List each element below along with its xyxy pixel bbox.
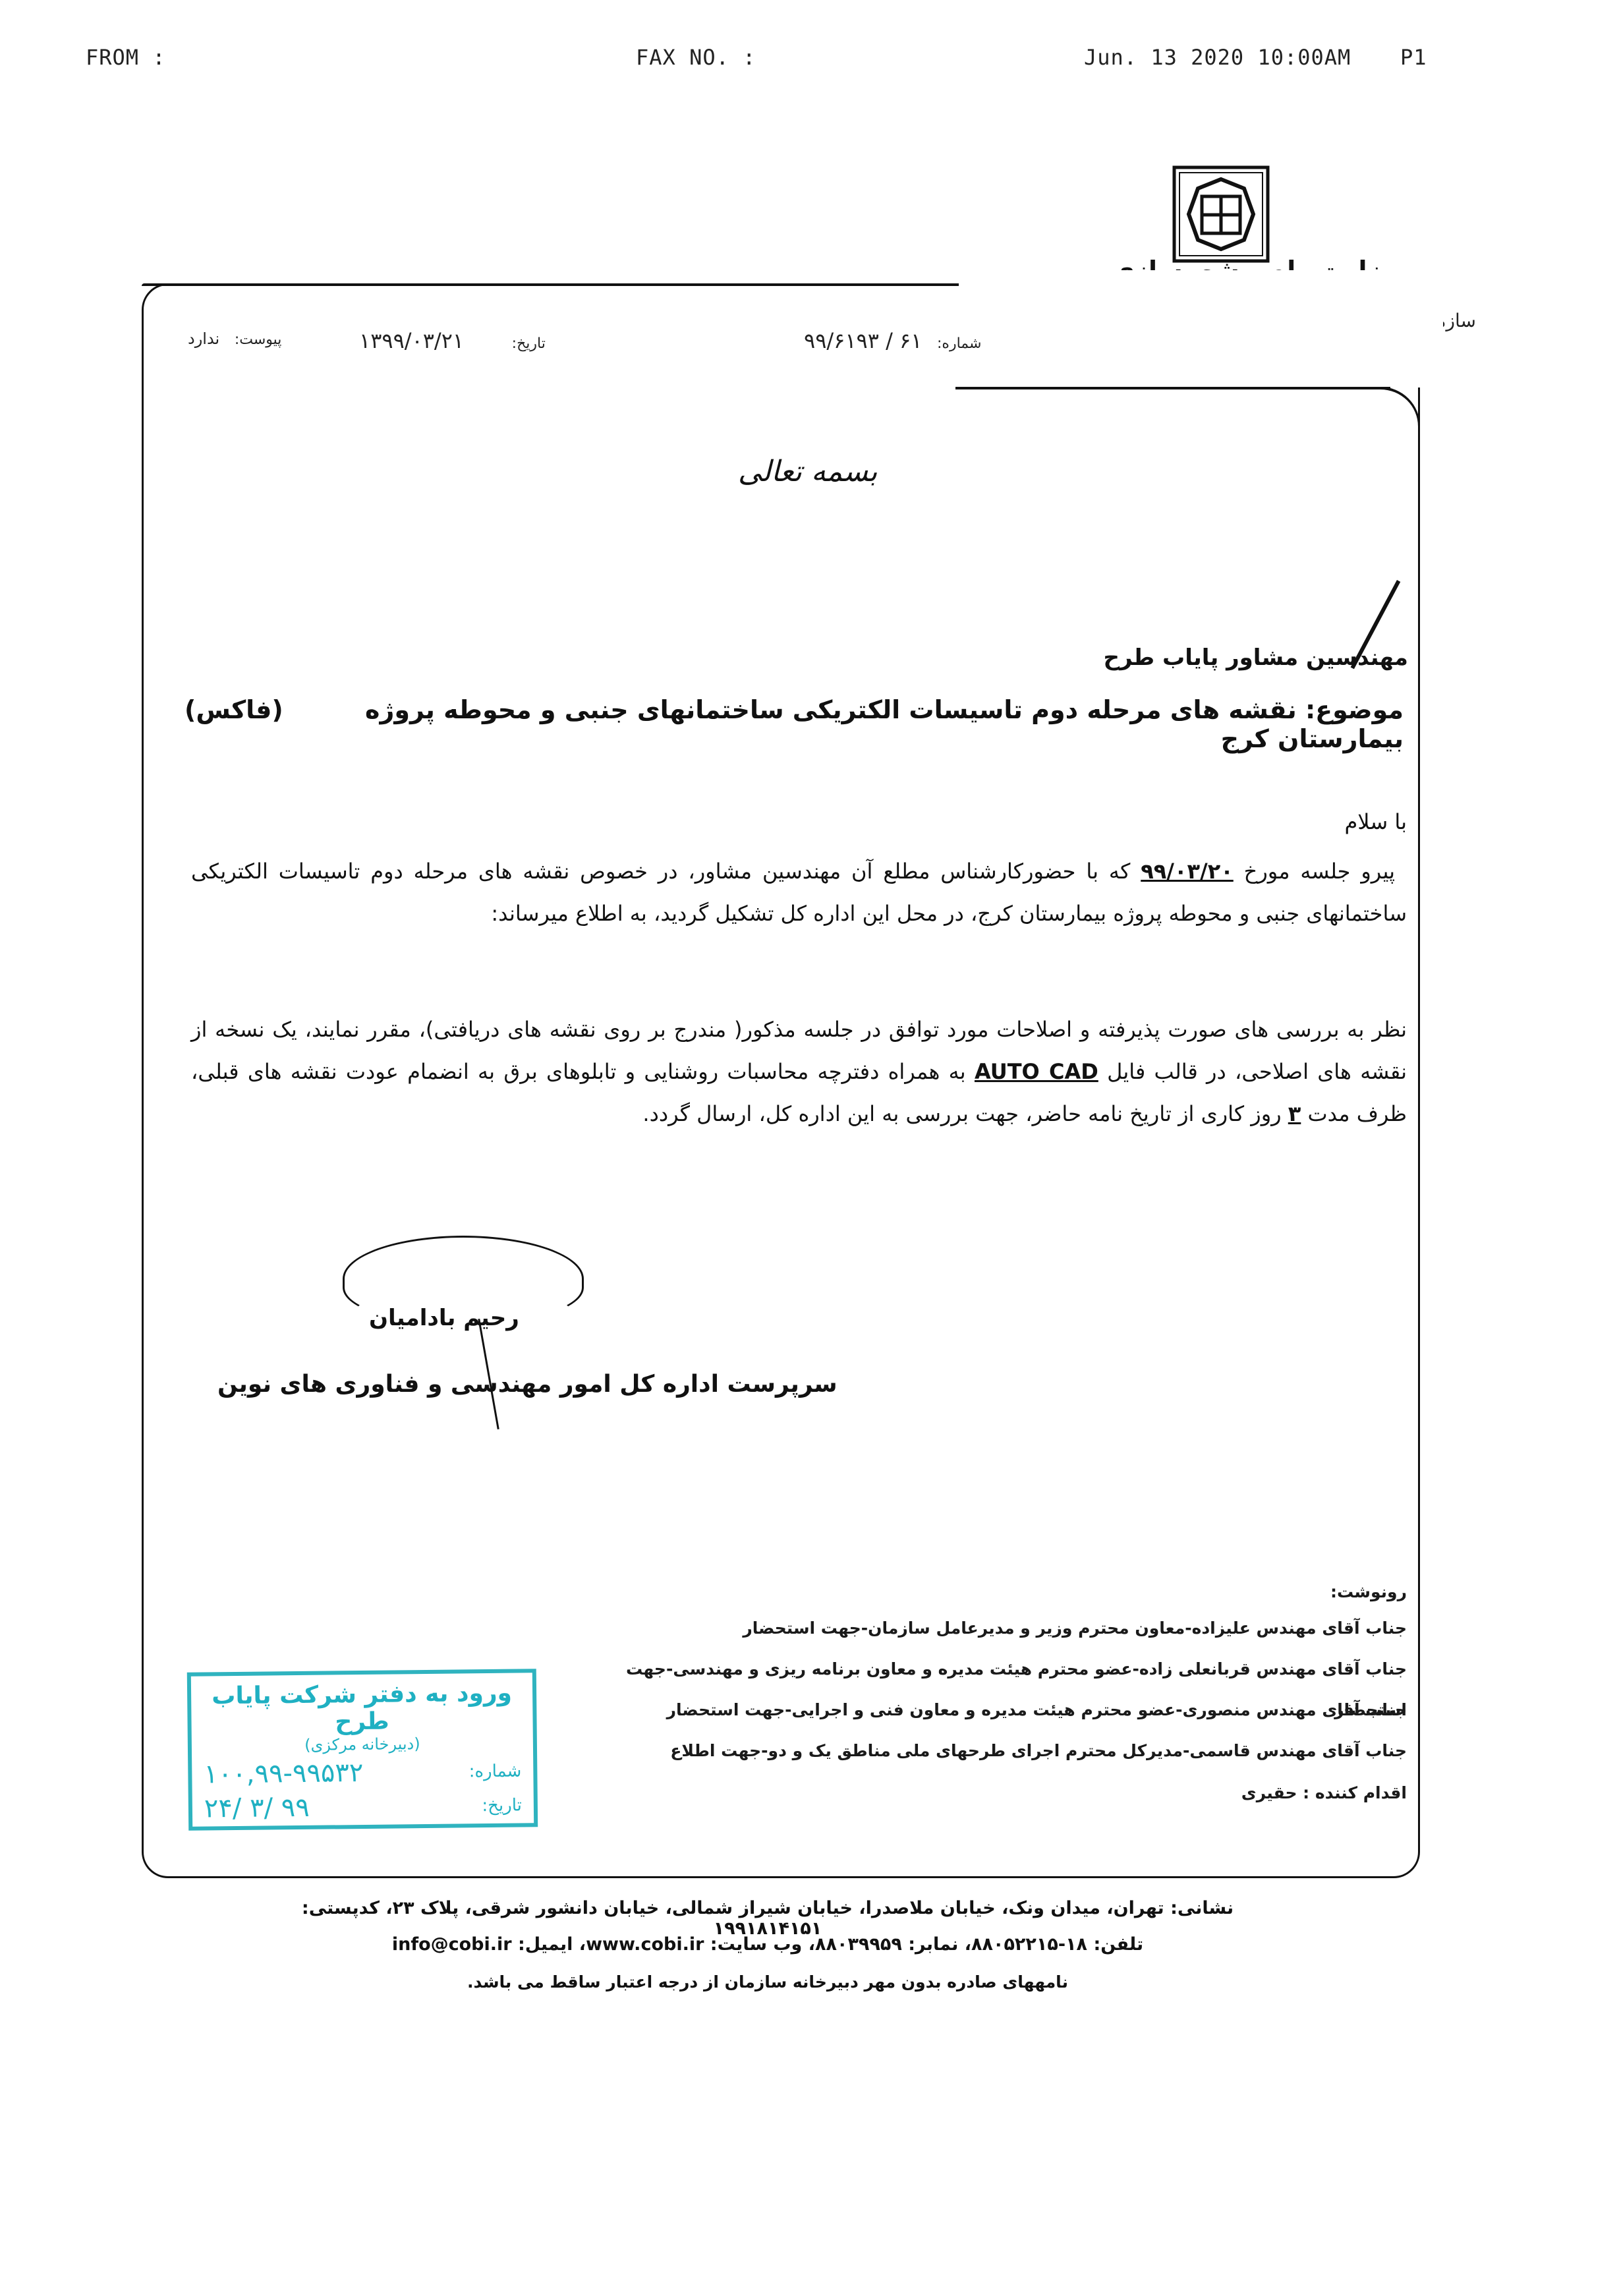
- letter-number-value: ۶۱ / ۹۹/۶۱۹۳: [804, 328, 922, 353]
- receipt-stamp: ورود به دفتر شرکت پایاب طرح (دبیرخانه مر…: [187, 1669, 538, 1831]
- fax-page-number: P1: [1400, 45, 1427, 70]
- signatory-title: سرپرست اداره کل امور مهندسی و فناوری های…: [217, 1371, 838, 1398]
- action-by: اقدام کننده : حقیری: [593, 1773, 1407, 1814]
- cc-item: جناب آقای مهندس قاسمی-مدیرکل محترم اجرای…: [593, 1731, 1407, 1771]
- stamp-number-label: شماره:: [469, 1761, 522, 1781]
- attachment-value: ندارد: [188, 330, 219, 348]
- letter-number: شماره: ۶۱ / ۹۹/۶۱۹۳: [804, 328, 981, 353]
- ministry-emblem-icon: [1172, 165, 1270, 264]
- cc-item: جناب آقای مهندس علیزاده-معاون محترم وزیر…: [593, 1608, 1407, 1649]
- cc-label: رونوشت:: [593, 1572, 1407, 1613]
- invocation: بسمه تعالی: [738, 455, 877, 488]
- file-format: AUTO CAD: [975, 1059, 1098, 1084]
- fax-from-label: FROM :: [86, 45, 166, 70]
- frame-top-right-line: [955, 387, 1390, 389]
- subject-tag: (فاکس): [185, 695, 283, 753]
- footer-contact: تلفن: ۱۸-۸۸۰۵۲۲۱۵، نمابر: ۸۸۰۳۹۹۵۹، وب س…: [264, 1934, 1272, 1955]
- subject-text: موضوع: نقشه های مرحله دوم تاسیسات الکتری…: [283, 695, 1404, 753]
- stamp-date-label: تاریخ:: [482, 1795, 522, 1816]
- letter-date-value: ۱۳۹۹/۰۳/۲۱: [359, 328, 464, 353]
- deadline-days: ۳: [1288, 1101, 1301, 1126]
- footer-address: نشانی: تهران، میدان ونک، خیابان ملاصدرا،…: [264, 1898, 1272, 1939]
- letter-number-label: شماره:: [937, 335, 981, 352]
- signatory-name: رحیم بادامیان: [369, 1305, 519, 1331]
- letter-date: تاریخ: ۱۳۹۹/۰۳/۲۱: [359, 328, 546, 353]
- paragraph-1: پیرو جلسه مورخ ۹۹/۰۳/۲۰ که با حضورکارشنا…: [191, 850, 1407, 934]
- greeting: با سلام: [191, 801, 1407, 843]
- frame-notch-mask: [955, 270, 1443, 387]
- stamp-number-value: ۱۰۰,۹۹-۹۹۵۳۲: [204, 1758, 363, 1790]
- cc-item: جناب آقای مهندس منصوری-عضو محترم هیئت مد…: [593, 1690, 1407, 1731]
- fax-number-label: FAX NO. :: [636, 45, 756, 70]
- letter-attachment: پیوست: ندارد: [188, 328, 281, 349]
- footer-notice: نامههای صادره بدون مهر دبیرخانه سازمان ا…: [264, 1972, 1272, 1992]
- stamp-title: ورود به دفتر شرکت پایاب طرح: [203, 1679, 521, 1736]
- paragraph-2: نظر به بررسی های صورت پذیرفته و اصلاحات …: [191, 1008, 1407, 1135]
- stamp-subtitle: (دبیرخانه مرکزی): [204, 1733, 521, 1755]
- para2-end: روز کاری از تاریخ نامه حاضر، جهت بررسی ب…: [642, 1101, 1288, 1126]
- frame-top-left-line: [142, 283, 959, 286]
- attachment-label: پیوست:: [235, 331, 282, 348]
- letter-date-label: تاریخ:: [512, 335, 546, 352]
- meeting-date: ۹۹/۰۳/۲۰: [1141, 859, 1234, 884]
- fax-timestamp: Jun. 13 2020 10:00AM: [1084, 45, 1351, 70]
- stamp-date-value: ۹۹ /۳ /۲۴: [204, 1793, 310, 1824]
- para1-start: پیرو جلسه مورخ: [1234, 859, 1407, 884]
- recipient: مهندسین مشاور پایاب طرح: [1104, 645, 1408, 671]
- subject-line: (فاکس) موضوع: نقشه های مرحله دوم تاسیسات…: [185, 695, 1404, 753]
